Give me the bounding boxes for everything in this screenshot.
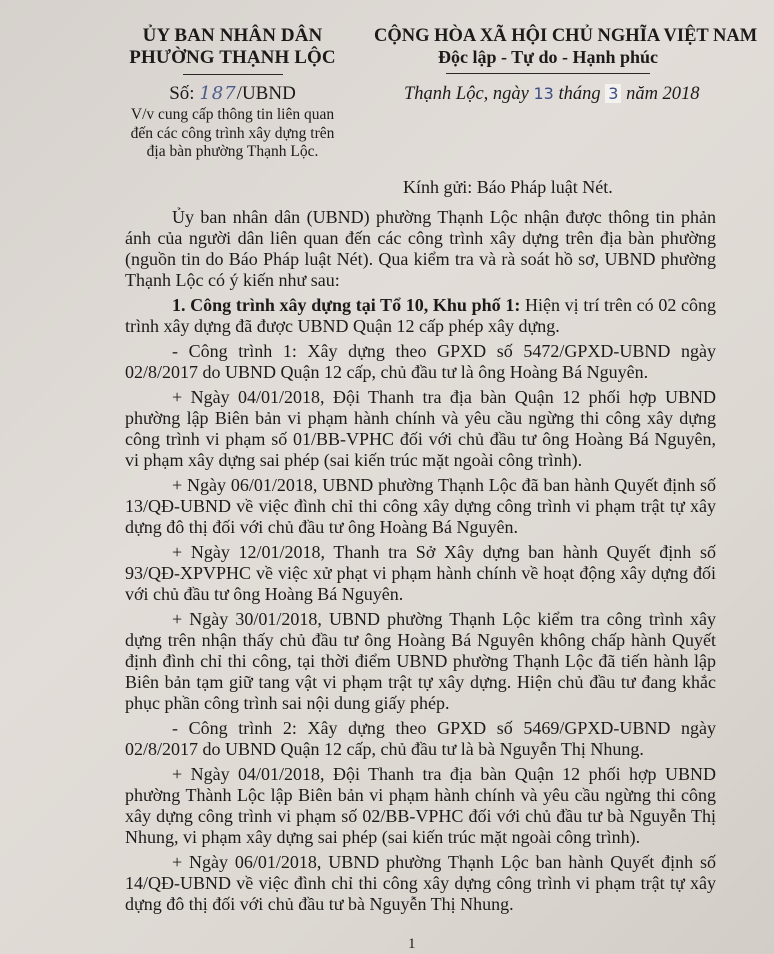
- subject-line: V/v cung cấp thông tin liên quan: [120, 106, 345, 125]
- section-1-heading: 1. Công trình xây dựng tại Tổ 10, Khu ph…: [172, 295, 520, 315]
- date-year-label: năm 2018: [621, 84, 699, 104]
- section-1-paragraph: 1. Công trình xây dựng tại Tổ 10, Khu ph…: [125, 295, 716, 337]
- intro-paragraph: Ủy ban nhân dân (UBND) phường Thạnh Lộc …: [125, 207, 716, 291]
- page-number: 1: [408, 935, 416, 953]
- place-date-line: Thạnh Lộc, ngày 13 tháng 3 năm 2018: [374, 83, 722, 105]
- national-motto: Độc lập - Tự do - Hạnh phúc: [374, 47, 722, 68]
- body-paragraph: + Ngày 12/01/2018, Thanh tra Sở Xây dựng…: [125, 542, 716, 605]
- doc-number-prefix: Số:: [169, 83, 199, 104]
- authority-name-line1: ỦY BAN NHÂN DÂN: [120, 25, 345, 47]
- subject-line: đến các công trình xây dựng trên: [120, 125, 345, 144]
- body-paragraph: - Công trình 1: Xây dựng theo GPXD số 54…: [125, 341, 716, 383]
- body-paragraph: + Ngày 30/01/2018, UBND phường Thạnh Lộc…: [125, 609, 716, 714]
- date-month-label: tháng: [554, 84, 605, 104]
- subject-block: V/v cung cấp thông tin liên quan đến các…: [120, 106, 345, 162]
- letter-body: Ủy ban nhân dân (UBND) phường Thạnh Lộc …: [125, 207, 716, 919]
- document-number: Số: 187/UBND: [120, 83, 345, 105]
- authority-underline: [183, 74, 283, 75]
- body-paragraph: - Công trình 2: Xây dựng theo GPXD số 54…: [125, 718, 716, 760]
- body-paragraph: + Ngày 06/01/2018, UBND phường Thạnh Lộc…: [125, 852, 716, 915]
- recipient-line: Kính gửi: Báo Pháp luật Nét.: [403, 176, 613, 198]
- date-month-handwritten: 3: [605, 84, 621, 103]
- body-paragraph: + Ngày 04/01/2018, Đội Thanh tra địa bàn…: [125, 387, 716, 471]
- national-title: CỘNG HÒA XÃ HỘI CHỦ NGHĨA VIỆT NAM: [374, 25, 722, 47]
- motto-underline: [446, 73, 650, 74]
- national-heading-block: CỘNG HÒA XÃ HỘI CHỦ NGHĨA VIỆT NAM Độc l…: [374, 25, 722, 105]
- doc-number-suffix: /UBND: [237, 83, 296, 104]
- doc-number-handwritten: 187: [199, 83, 236, 104]
- issuing-authority-block: ỦY BAN NHÂN DÂN PHƯỜNG THẠNH LỘC Số: 187…: [120, 25, 345, 162]
- date-prefix: Thạnh Lộc, ngày: [404, 84, 534, 104]
- date-day-handwritten: 13: [534, 84, 554, 103]
- subject-line: địa bàn phường Thạnh Lộc.: [120, 143, 345, 162]
- document-page: ỦY BAN NHÂN DÂN PHƯỜNG THẠNH LỘC Số: 187…: [0, 0, 774, 954]
- body-paragraph: + Ngày 04/01/2018, Đội Thanh tra địa bàn…: [125, 764, 716, 848]
- body-paragraph: + Ngày 06/01/2018, UBND phường Thạnh Lộc…: [125, 475, 716, 538]
- authority-name-line2: PHƯỜNG THẠNH LỘC: [120, 47, 345, 69]
